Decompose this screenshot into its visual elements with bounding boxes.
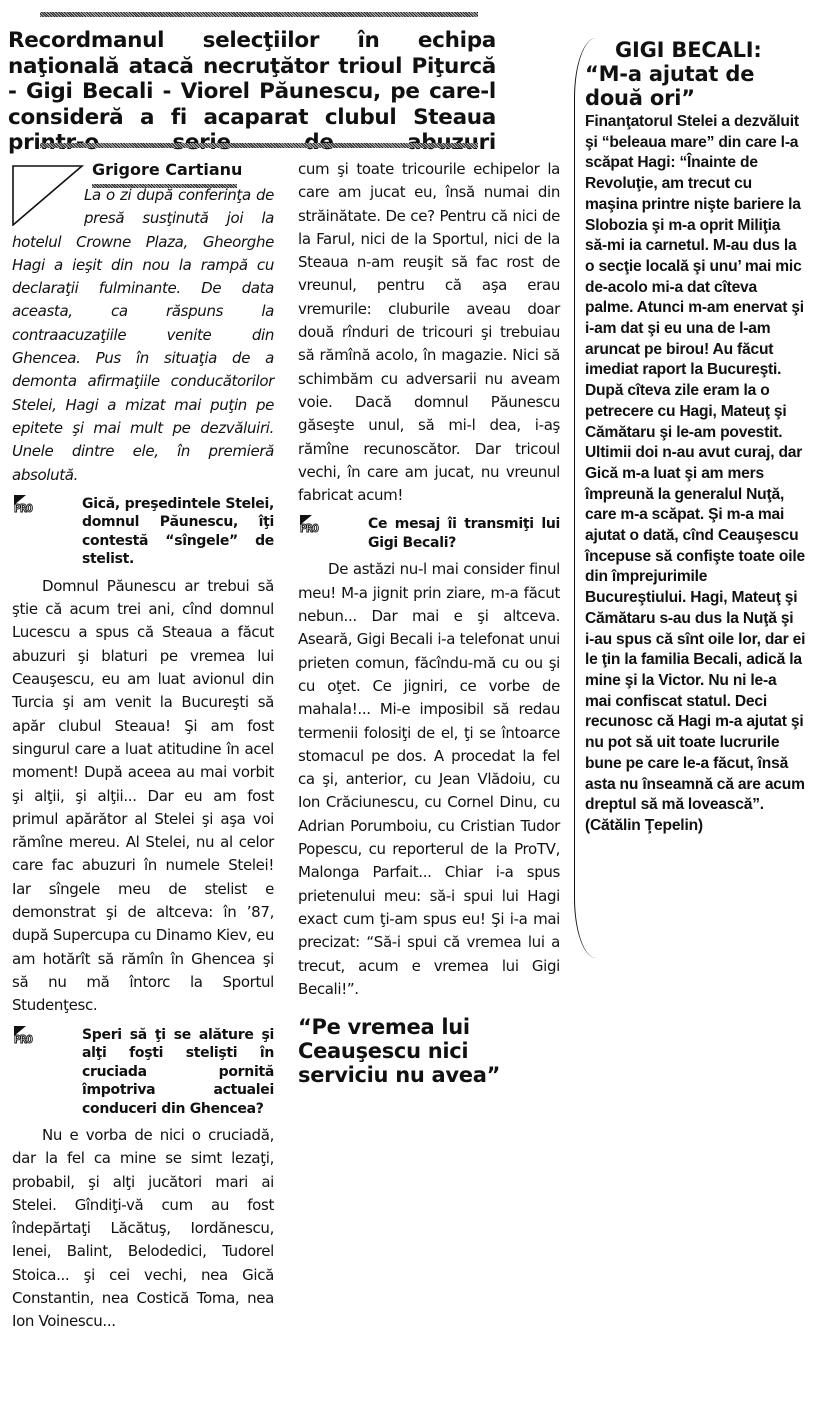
section-subheading: “Pe vremea lui Ceauşescu nici serviciu n… xyxy=(298,1015,560,1087)
question-text: Speri să ţi se alăture şi alţi foşti ste… xyxy=(82,1026,274,1119)
sidebar-box: GIGI BECALI: “M-a ajutat de două ori” Fi… xyxy=(574,38,806,958)
qa-question-1: PRO Gică, preşedintele Stelei, domnul Pă… xyxy=(12,495,274,569)
answer-continued-text: cum şi toate tricourile echipelor la car… xyxy=(298,158,560,507)
pro-logo-icon: PRO xyxy=(12,1026,82,1048)
pro-logo-icon: PRO xyxy=(12,495,82,517)
answer-text: De astăzi nu-l mai consider finul meu! M… xyxy=(298,558,560,1001)
article-column-2: cum şi toate tricourile echipelor la car… xyxy=(298,158,560,1087)
sidebar-credit: (Cătălin Ţepelin) xyxy=(585,817,703,834)
byline: Grigore Cartianu xyxy=(92,160,242,179)
headline-top-rule xyxy=(40,12,478,17)
answer-text: Domnul Păunescu ar trebui să ştie că acu… xyxy=(12,575,274,1018)
pro-logo-icon: PRO xyxy=(298,515,368,537)
qa-question-3: PRO Ce mesaj îi transmiţi lui Gigi Becal… xyxy=(298,515,560,552)
question-text: Ce mesaj îi transmiţi lui Gigi Becali? xyxy=(368,515,560,552)
question-text: Gică, preşedintele Stelei, domnul Păunes… xyxy=(82,495,274,569)
qa-question-2: PRO Speri să ţi se alăture şi alţi foşti… xyxy=(12,1026,274,1119)
byline-block: Grigore Cartianu xyxy=(12,158,274,228)
byline-triangle-icon xyxy=(12,162,84,226)
article-column-1: Grigore Cartianu La o zi după conferinţa… xyxy=(12,158,274,1334)
sidebar-body-text: Finanţatorul Stelei a dezvăluit şi “bele… xyxy=(585,113,805,813)
headline-bottom-rule xyxy=(40,143,478,148)
sidebar-headline: “M-a ajutat de două ori” xyxy=(585,62,754,110)
article-lead: La o zi după conferinţa de presă susţinu… xyxy=(12,184,274,487)
answer-text: Nu e vorba de nici o cruciadă, dar la fe… xyxy=(12,1124,274,1334)
byline-rule xyxy=(92,184,237,188)
sidebar-kicker: GIGI BECALI: xyxy=(585,38,806,62)
sidebar-body: Finanţatorul Stelei a dezvăluit şi “bele… xyxy=(585,112,806,837)
headline: Recordmanul selecţiilor în echipa naţion… xyxy=(8,28,496,156)
sidebar-title: GIGI BECALI: “M-a ajutat de două ori” xyxy=(585,38,806,110)
